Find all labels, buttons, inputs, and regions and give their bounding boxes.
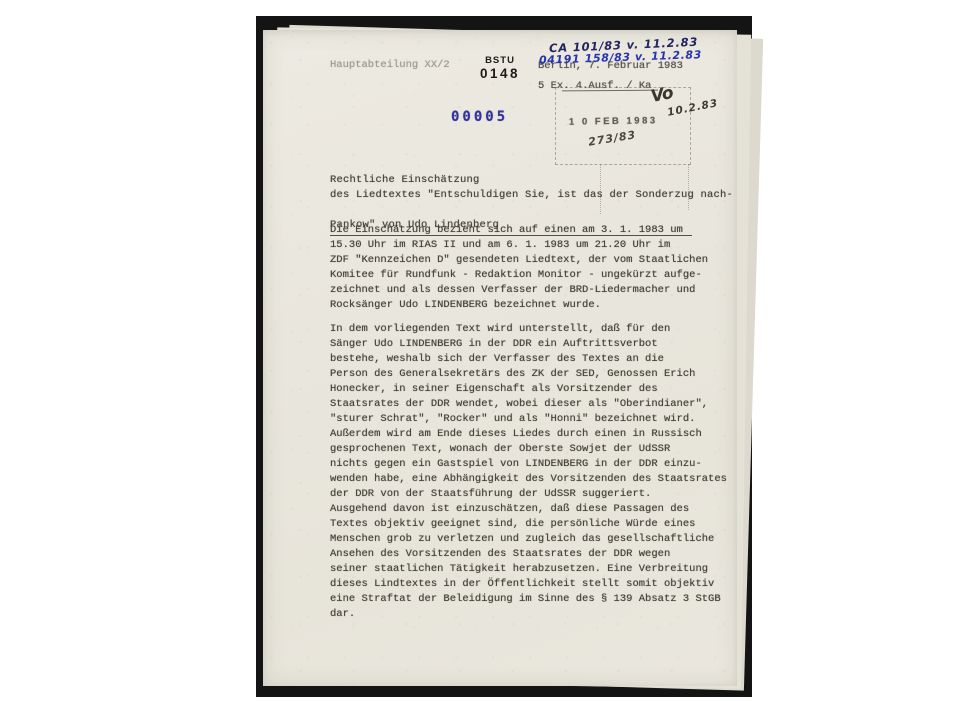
bstu-stamp-number: 0148 <box>469 66 531 81</box>
department-label: Hauptabteilung XX/2 <box>330 58 450 73</box>
document-page: Hauptabteilung XX/2 BSTU 0148 Berlin, 7.… <box>263 30 737 686</box>
bstu-stamp-text: BSTU <box>469 55 531 66</box>
scan-background: Hauptabteilung XX/2 BSTU 0148 Berlin, 7.… <box>256 16 752 697</box>
date-received-stamp: 1 0 FEB 1983 <box>569 115 658 128</box>
title-line-1: Rechtliche Einschätzung <box>330 174 480 186</box>
page-number-stamp: 00005 <box>451 109 508 125</box>
body-paragraph-2: In dem vorliegenden Text wird unterstell… <box>330 322 736 622</box>
title-line-2: des Liedtextes "Entschuldigen Sie, ist d… <box>330 188 733 203</box>
bstu-archive-stamp: BSTU 0148 <box>469 55 531 81</box>
handwritten-registry-number: 273/83 <box>587 128 637 148</box>
body-paragraph-1: Die Einschätzung bezieht sich auf einen … <box>330 223 730 313</box>
